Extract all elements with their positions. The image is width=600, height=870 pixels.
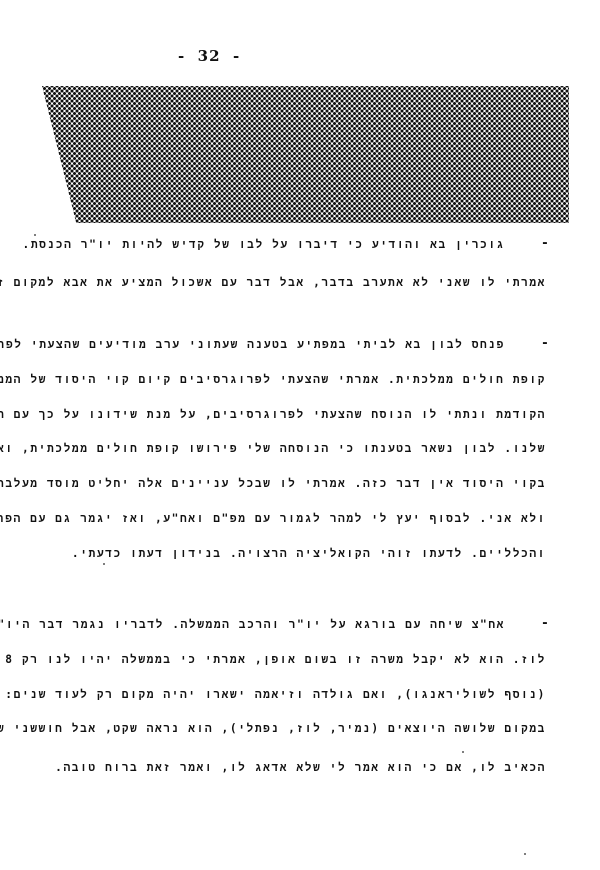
bullet-dash: - bbox=[541, 236, 549, 251]
paragraph-line: אח"צ שיחה עם בורגא על יו"ר והרכב הממשלה.… bbox=[0, 618, 505, 632]
scan-speck bbox=[103, 563, 105, 565]
paragraph-line: קופת חולים ממלכתית. אמרתי שהצעתי לפרוגרס… bbox=[0, 373, 546, 387]
paragraph-line: (נוסף לשוליראנגו), ואם גולדה וזיאמה ישאר… bbox=[0, 688, 546, 702]
paragraph-line: הקודמת ונתתי לו הנוסח שהצעתי לפרוגרסיבים… bbox=[0, 408, 546, 422]
paragraph-line: בקוי היסוד אין דבר כזה. אמרתי לו שבכל ענ… bbox=[0, 477, 546, 491]
scan-speck bbox=[462, 751, 464, 753]
paragraph-line: אמרתי לו שאני לא אתערב בדבר, אבל דבר עם … bbox=[0, 276, 546, 290]
redaction-block bbox=[42, 86, 569, 223]
paragraph-line: והכלליים. לדעתו זוהי הקואליציה הרצויה. ב… bbox=[72, 547, 546, 561]
scan-speck bbox=[34, 234, 36, 236]
paragraph-line: שלנו. לבון נשאר בטענתו כי הנוסחה שלי פיר… bbox=[0, 442, 546, 456]
bullet-dash: - bbox=[541, 616, 549, 631]
paragraph-line: לוז. הוא לא יקבל משרה זו בשום אופן, אמרת… bbox=[0, 653, 546, 667]
paragraph-line: גוכרין בא והודיע כי דיברו על לבו של קדיש… bbox=[23, 238, 505, 252]
paragraph-line: הכאיב לו, אם כי הוא אמר לי שלא אדאג לו, … bbox=[55, 761, 546, 775]
paragraph-line: פנחס לבון בא לביתי במפתיע בטענה שעתוני ע… bbox=[0, 338, 505, 352]
bullet-dash: - bbox=[541, 336, 549, 351]
paragraph-line: במקום שלושה היוצאים (נמיר, לוז, נפתלי), … bbox=[0, 722, 546, 736]
page-number: - 32 - bbox=[178, 47, 240, 65]
scan-speck bbox=[524, 853, 526, 855]
paragraph-line: ולא אני. לבסוף יעץ לי למהר לגמור עם מפ"ם… bbox=[0, 512, 546, 526]
